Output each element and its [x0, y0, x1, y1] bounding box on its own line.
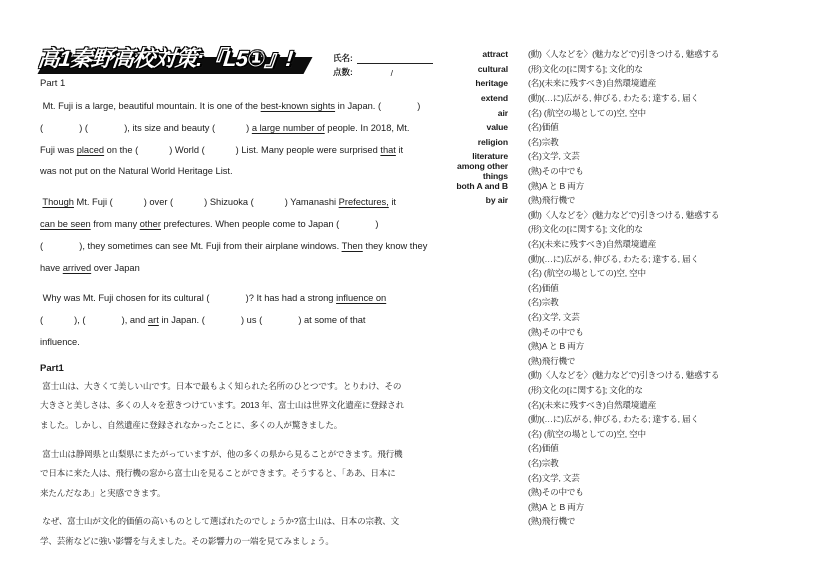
vocab-word: extend: [435, 93, 508, 103]
english-line: Fuji was placed on the ( ) World ( ) Lis…: [40, 140, 412, 162]
score-slash: /: [357, 68, 427, 78]
vocab-row: (名)文学, 文芸: [435, 470, 775, 485]
underlined-term: Though: [42, 197, 74, 207]
vocab-definition: (動)(…に)広がる, 伸びる, わたる; 達する, 届く: [528, 92, 699, 104]
text-segment: over Japan: [91, 263, 140, 273]
english-line: Mt. Fuji is a large, beautiful mountain.…: [40, 96, 412, 118]
vocab-row: (熟)A と B 両方: [435, 499, 775, 514]
text-segment: was not put on the Natural World Heritag…: [40, 166, 233, 176]
english-line: Why was Mt. Fuji chosen for its cultural…: [40, 288, 412, 310]
vocab-definition: (熟)A と B 両方: [528, 340, 584, 352]
vocab-definition: (形)文化の[に関する]; 文化的な: [528, 384, 643, 396]
vocab-row: (名)価値: [435, 441, 775, 456]
vocab-row: (名)文学, 文芸: [435, 310, 775, 325]
vocab-definition: (名)(未来に残すべき)自然環境遺産: [528, 399, 656, 411]
vocab-definition: (形)文化の[に関する]; 文化的な: [528, 63, 643, 75]
vocab-definition: (動)〈人などを〉(魅力などで)引きつける, 魅惑する: [528, 369, 719, 381]
underlined-term: can be seen: [40, 219, 91, 229]
text-segment: prefectures. When people come to Japan (…: [161, 219, 379, 229]
vocab-row: religion(名)宗教: [435, 135, 775, 150]
english-line: ( ), ( ), and art in Japan. ( ) us ( ) a…: [40, 310, 412, 332]
vocab-row: (形)文化の[に関する]; 文化的な: [435, 383, 775, 398]
japanese-line: ました。しかし、自然遺産に登録されなかったことに、多くの人が驚きました。: [40, 416, 412, 436]
vocab-row: (熟)その中でも: [435, 324, 775, 339]
text-segment: ( ) ( ), its size and beauty ( ): [40, 123, 252, 133]
vocab-row: (名)(未来に残すべき)自然環境遺産: [435, 237, 775, 252]
vocab-row: heritage(名)(未来に残すべき)自然環境遺産: [435, 76, 775, 91]
name-blank-line: [357, 53, 433, 64]
vocab-definition: (熟)飛行機で: [528, 194, 575, 206]
vocab-definition: (動)〈人などを〉(魅力などで)引きつける, 魅惑する: [528, 48, 719, 60]
vocab-row: (名)宗教: [435, 456, 775, 471]
vocab-word: heritage: [435, 78, 508, 88]
vocab-row: value(名)価値: [435, 120, 775, 135]
vocab-row: among other things(熟)その中でも: [435, 164, 775, 179]
vocab-word: among other things: [435, 161, 508, 181]
japanese-paragraph: なぜ、富士山が文化的価値の高いものとして選ばれたのでしょうか?富士山は、日本の宗…: [40, 512, 412, 551]
english-line: ( ) ( ), its size and beauty ( ) a large…: [40, 118, 412, 140]
vocab-row: (熟)その中でも: [435, 485, 775, 500]
vocab-definition: (名)価値: [528, 121, 559, 133]
underlined-term: Prefectures,: [339, 197, 389, 207]
text-segment: have: [40, 263, 63, 273]
underlined-term: art: [148, 315, 159, 325]
text-segment: from many: [91, 219, 140, 229]
vocab-row: (動)(…に)広がる, 伸びる, わたる; 達する, 届く: [435, 251, 775, 266]
left-column: Part 1 Mt. Fuji is a large, beautiful mo…: [40, 78, 412, 561]
name-row: 氏名:: [333, 50, 433, 64]
english-line: Though Mt. Fuji ( ) over ( ) Shizuoka ( …: [40, 192, 412, 214]
vocab-row: (熟)A と B 両方: [435, 339, 775, 354]
vocab-definition: (名)価値: [528, 442, 559, 454]
vocab-row: (名)宗教: [435, 295, 775, 310]
vocab-word: value: [435, 122, 508, 132]
vocab-row: both A and B(熟)A と B 両方: [435, 178, 775, 193]
vocab-row: attract(動)〈人などを〉(魅力などで)引きつける, 魅惑する: [435, 47, 775, 62]
english-line: have arrived over Japan: [40, 258, 412, 280]
underlined-term: that: [380, 145, 396, 155]
text-segment: in Japan. ( ) us ( ) at some of that: [159, 315, 366, 325]
vocab-word: both A and B: [435, 181, 508, 191]
vocab-definition: (名)宗教: [528, 296, 559, 308]
text-segment: on the ( ) World ( ) List. Many people w…: [104, 145, 380, 155]
english-line: ( ), they sometimes can see Mt. Fuji fro…: [40, 236, 412, 258]
vocab-row: cultural(形)文化の[に関する]; 文化的な: [435, 62, 775, 77]
japanese-line: 来たんだなあ」と実感できます。: [40, 484, 412, 504]
vocab-definition: (熟)飛行機で: [528, 515, 575, 527]
vocab-row: (熟)飛行機で: [435, 514, 775, 529]
vocab-row: (名) (航空の場としての)空, 空中: [435, 426, 775, 441]
vocab-definition: (熟)その中でも: [528, 486, 584, 498]
vocab-definition: (名) (航空の場としての)空, 空中: [528, 107, 646, 119]
vocab-definition: (熟)飛行機で: [528, 355, 575, 367]
vocab-definition: (名) (航空の場としての)空, 空中: [528, 428, 646, 440]
text-segment: ( ), they sometimes can see Mt. Fuji fro…: [40, 241, 342, 251]
vocab-row: (熟)飛行機で: [435, 353, 775, 368]
score-label: 点数:: [333, 66, 353, 78]
vocab-row: air(名) (航空の場としての)空, 空中: [435, 105, 775, 120]
text-segment: Why was Mt. Fuji chosen for its cultural…: [40, 293, 336, 303]
vocab-definition: (熟)その中でも: [528, 326, 584, 338]
text-segment: influence.: [40, 337, 80, 347]
vocab-definition: (動)(…に)広がる, 伸びる, わたる; 達する, 届く: [528, 253, 699, 265]
vocab-definition: (名)(未来に残すべき)自然環境遺産: [528, 238, 656, 250]
japanese-line: 富士山は静岡県と山梨県にまたがっていますが、他の多くの県から見ることができます。…: [40, 445, 412, 465]
vocab-definition: (名)宗教: [528, 457, 559, 469]
underlined-term: Then: [342, 241, 363, 251]
vocab-word: religion: [435, 137, 508, 147]
vocab-definition: (名)価値: [528, 282, 559, 294]
text-segment: people. In 2018, Mt.: [325, 123, 410, 133]
vocab-definition: (熟)その中でも: [528, 165, 584, 177]
vocab-row: by air(熟)飛行機で: [435, 193, 775, 208]
vocab-definition: (熟)A と B 両方: [528, 180, 584, 192]
english-paragraph: Though Mt. Fuji ( ) over ( ) Shizuoka ( …: [40, 192, 412, 279]
vocab-row: (動)〈人などを〉(魅力などで)引きつける, 魅惑する: [435, 208, 775, 223]
text-segment: it: [389, 197, 396, 207]
vocab-row: (名) (航空の場としての)空, 空中: [435, 266, 775, 281]
vocab-definition: (動)(…に)広がる, 伸びる, わたる; 達する, 届く: [528, 413, 699, 425]
underlined-term: influence on: [336, 293, 386, 303]
vocab-word: by air: [435, 195, 508, 205]
vocab-word: attract: [435, 49, 508, 59]
name-label: 氏名:: [333, 52, 353, 64]
japanese-line: なぜ、富士山が文化的価値の高いものとして選ばれたのでしょうか?富士山は、日本の宗…: [40, 512, 412, 532]
score-row: 点数: /: [333, 64, 433, 78]
underlined-term: a large number of: [252, 123, 325, 133]
vocab-word: air: [435, 108, 508, 118]
logo-title: 高1秦野高校対策:『L5①』!: [36, 42, 319, 73]
text-segment: ( ), ( ), and: [40, 315, 148, 325]
vocab-definition: (形)文化の[に関する]; 文化的な: [528, 223, 643, 235]
text-segment: Fuji was: [40, 145, 77, 155]
part1-japanese-label: Part1: [40, 363, 412, 374]
vocab-row: extend(動)(…に)広がる, 伸びる, わたる; 達する, 届く: [435, 91, 775, 106]
japanese-line: 大きさと美しさは、多くの人々を惹きつけています。2013 年、富士山は世界文化遺…: [40, 396, 412, 416]
underlined-term: best-known sights: [261, 101, 335, 111]
name-score-box: 氏名: 点数: /: [333, 50, 433, 78]
japanese-line: 富士山は、大きくて美しい山です。日本で最もよく知られた名所のひとつです。とりわけ…: [40, 377, 412, 397]
text-segment: Mt. Fuji ( ) over ( ) Shizuoka ( ) Yaman…: [74, 197, 339, 207]
vocab-row: (動)(…に)広がる, 伸びる, わたる; 達する, 届く: [435, 412, 775, 427]
vocab-word: cultural: [435, 64, 508, 74]
vocab-definition: (名)文学, 文芸: [528, 311, 580, 323]
vocab-definition: (名)文学, 文芸: [528, 472, 580, 484]
english-line: can be seen from many other prefectures.…: [40, 214, 412, 236]
text-segment: Mt. Fuji is a large, beautiful mountain.…: [40, 101, 261, 111]
japanese-paragraph: 富士山は、大きくて美しい山です。日本で最もよく知られた名所のひとつです。とりわけ…: [40, 377, 412, 436]
vocab-definition: (熟)A と B 両方: [528, 501, 584, 513]
japanese-line: 学、芸術などに強い影響を与えました。その影響力の一端を見てみましょう。: [40, 532, 412, 552]
text-segment: it: [396, 145, 403, 155]
vocab-definition: (動)〈人などを〉(魅力などで)引きつける, 魅惑する: [528, 209, 719, 221]
vocab-definition: (名)宗教: [528, 136, 559, 148]
underlined-term: other: [140, 219, 161, 229]
vocab-row: (名)(未来に残すべき)自然環境遺産: [435, 397, 775, 412]
english-paragraph: Mt. Fuji is a large, beautiful mountain.…: [40, 96, 412, 183]
english-line: influence.: [40, 332, 412, 354]
vocab-definition: (名) (航空の場としての)空, 空中: [528, 267, 646, 279]
vocab-list: attract(動)〈人などを〉(魅力などで)引きつける, 魅惑するcultur…: [435, 47, 775, 529]
text-segment: in Japan. ( ): [335, 101, 420, 111]
worksheet-logo: 高1秦野高校対策:『L5①』!: [38, 42, 318, 76]
english-line: was not put on the Natural World Heritag…: [40, 161, 412, 183]
vocab-word: literature: [435, 151, 508, 161]
part1-english-label: Part 1: [40, 78, 412, 89]
english-passage: Mt. Fuji is a large, beautiful mountain.…: [40, 96, 412, 354]
japanese-passage: 富士山は、大きくて美しい山です。日本で最もよく知られた名所のひとつです。とりわけ…: [40, 377, 412, 552]
underlined-term: arrived: [63, 263, 91, 273]
text-segment: they know they: [363, 241, 428, 251]
worksheet-page: 高1秦野高校対策:『L5①』! 氏名: 点数: / Part 1 Mt. Fuj…: [0, 0, 825, 584]
vocab-definition: (名)文学, 文芸: [528, 150, 580, 162]
english-paragraph: Why was Mt. Fuji chosen for its cultural…: [40, 288, 412, 353]
vocab-row: (動)〈人などを〉(魅力などで)引きつける, 魅惑する: [435, 368, 775, 383]
underlined-term: placed: [77, 145, 104, 155]
vocab-row: (名)価値: [435, 281, 775, 296]
japanese-line: で日本に来た人は、飛行機の窓から富士山を見ることができます。そうすると、「ああ、…: [40, 464, 412, 484]
vocab-row: (形)文化の[に関する]; 文化的な: [435, 222, 775, 237]
vocab-definition: (名)(未来に残すべき)自然環境遺産: [528, 77, 656, 89]
japanese-paragraph: 富士山は静岡県と山梨県にまたがっていますが、他の多くの県から見ることができます。…: [40, 445, 412, 504]
